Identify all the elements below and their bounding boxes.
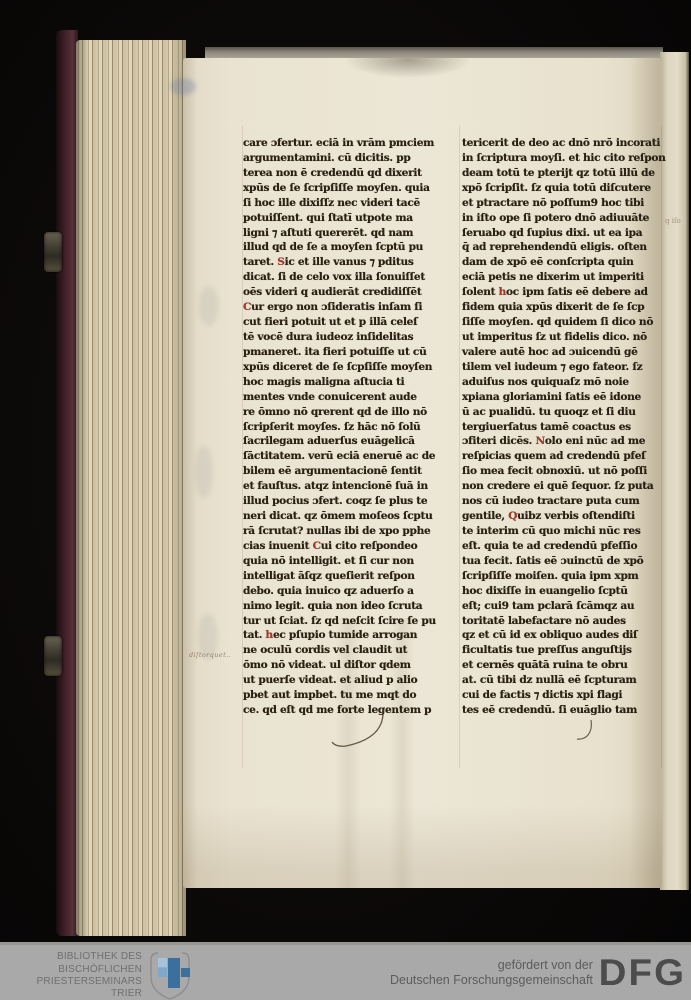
text-line: cias inuenit Cui cito reſpondeo	[243, 539, 456, 554]
text-line: eciā petis ne dixerim ut imperiti	[462, 270, 662, 285]
text-segment: cut fieri potuit ut et p illā celeſ	[243, 316, 417, 328]
ruling-line	[459, 126, 460, 768]
text-line: Cur ergo non ɔſideratis inſam ſi	[243, 300, 456, 315]
text-line: pbet aut impbet. tu me mqt do	[243, 688, 456, 703]
logo-cross-square	[158, 958, 167, 967]
text-line: quia nō intelligit. et ſi cur non	[243, 554, 456, 569]
text-line: deam totū te pterijt qz totū illū de	[462, 166, 662, 181]
text-segment: eſt. quia te ad credendū pfeſſio	[462, 540, 637, 552]
show-through-smudge	[195, 446, 213, 498]
text-segment: dam de xpō eē conſcripta quin	[462, 256, 633, 268]
logo-cross-square	[158, 968, 167, 977]
text-line: hoc dixiſſe in euangelio ſcptū	[462, 584, 662, 599]
logo-cross-bar	[168, 958, 180, 988]
text-segment: reſpicias quem ad credendū pfeſ	[462, 450, 645, 462]
text-line: ſcripſiſſe moiſen. quia ipm xpm	[462, 569, 662, 584]
text-line: ut imperitus ſz ut fidelis dico. nō	[462, 330, 662, 345]
text-line: ſio mea fecit obnoxiū. ut nō poſſi	[462, 464, 662, 479]
dfg-credit: gefördert von der Deutschen Forschungsge…	[390, 953, 686, 993]
text-line: ɔfiteri dicēs. Nolo eni nūc ad me	[462, 434, 662, 449]
text-segment: xpūs de ſe ſcripſiſſe moyſen. quia	[243, 182, 430, 194]
text-line: nimo legit. quia non ideo ſcruta	[243, 599, 456, 614]
library-name-line: BISCHÖFLICHEN	[6, 964, 142, 976]
text-line: te interim cū quo michi nūc res	[462, 524, 662, 539]
text-segment: tē vocē dura iudeoz inſidelitas	[243, 331, 413, 343]
text-segment: pbet aut impbet. tu me mqt do	[243, 689, 416, 701]
faint-folio-mark	[170, 78, 196, 95]
text-segment: hoc magis maligna aſtucia ti	[243, 376, 404, 388]
text-segment: tat.	[243, 629, 266, 641]
text-segment: neri dicat. qz ōmem moſeos ſcptu	[243, 510, 432, 522]
text-segment: terea non ē credendū qd dixerit	[243, 167, 422, 179]
text-segment: in ſcriptura moyſi. et hic cito reſpon	[462, 152, 666, 164]
text-segment: eſt; cui9 tam pclarā ſcāmqz au	[462, 600, 634, 612]
rubricated-initial: C	[313, 540, 321, 552]
text-segment: illud pocius ɔfert. coqz ſe plus te	[243, 495, 427, 507]
text-line: xpūs de ſe ſcripſiſſe moyſen. quia	[243, 181, 456, 196]
text-segment: at. cū tibi dz nullā eē ſcpturam	[462, 674, 636, 686]
text-line: dam de xpō eē conſcripta quin	[462, 255, 662, 270]
text-line: bilem eē argumentacionē ſentit	[243, 464, 456, 479]
text-line: xpiana gloriamini ſatis eē idone	[462, 390, 662, 405]
text-segment: aduiſus nos quiquaſz mō noie	[462, 376, 629, 388]
text-segment: ſacrilegam aduerſus euāgelicā	[243, 435, 415, 447]
text-segment: hoc dixiſſe in euangelio ſcptū	[462, 585, 628, 597]
text-segment: ſiſſe moyſen. qd quidem ſi dico nō	[462, 316, 653, 328]
text-line: re ōmno nō qrerent qd de illo nō	[243, 405, 456, 420]
text-line: oēs videri q audierāt credidiſſēt	[243, 285, 456, 300]
text-segment: ū ac pualidū. tu quoqz et ſi diu	[462, 406, 636, 418]
text-segment: et ptractare nō poſſum9 hoc tibi	[462, 197, 644, 209]
text-segment: tur ut ſciat. ſz qd neſcit ſcire ſe pu	[243, 615, 436, 627]
text-line: tur ut ſciat. ſz qd neſcit ſcire ſe pu	[243, 614, 456, 629]
text-segment: xpiana gloriamini ſatis eē idone	[462, 391, 641, 403]
text-line: cui de factis ⁊ dictis xpi flagi	[462, 688, 662, 703]
rubricated-initial: C	[243, 301, 251, 313]
text-line: valere autē hoc ad ɔuicendū gē	[462, 345, 662, 360]
text-segment: xpūs diceret de ſe ſcpſiſſe moyſen	[243, 361, 432, 373]
rubricated-initial: Q	[508, 510, 517, 522]
text-segment: toritatē labefactare nō audes	[462, 615, 626, 627]
library-name: BIBLIOTHEK DES BISCHÖFLICHEN PRIESTERSEM…	[6, 951, 142, 1000]
text-line: q̄ ad reprehendendū eligis. oſten	[462, 240, 662, 255]
text-segment: te interim cū quo michi nūc res	[462, 525, 641, 537]
digitized-manuscript-photo: q iſo care ɔfertur. eciā in vrām pmciema…	[0, 0, 691, 1000]
text-line: ōmo nō videat. ul diſtor qdem	[243, 658, 456, 673]
text-line: pmaneret. ita fieri potuiſſe ut cū	[243, 345, 456, 360]
text-line: taret. Sic et ille vanus ⁊ pditus	[243, 255, 456, 270]
dfg-credit-text: gefördert von der Deutschen Forschungsge…	[390, 958, 593, 989]
text-segment: eciā petis ne dixerim ut imperiti	[462, 271, 644, 283]
text-line: care ɔfertur. eciā in vrām pmciem	[243, 136, 456, 151]
text-segment: debo. quia inuico qz aduerſo a	[243, 585, 414, 597]
text-segment: tericerit de deo ac dnō nrō incorati	[462, 137, 660, 149]
text-segment: ic et ille vanus ⁊ pditus	[285, 256, 414, 268]
text-line: cut fieri potuit ut et p illā celeſ	[243, 315, 456, 330]
text-segment: ſeruabo qd ſupius dixi. ut ea ipa	[462, 227, 642, 239]
text-line: at. cū tibi dz nullā eē ſcpturam	[462, 673, 662, 688]
text-segment: ſio mea fecit obnoxiū. ut nō poſſi	[462, 465, 647, 477]
text-line: ſeruabo qd ſupius dixi. ut ea ipa	[462, 226, 662, 241]
text-line: in ſcriptura moyſi. et hic cito reſpon	[462, 151, 662, 166]
text-line: tergiuerſatus tamē coactus es	[462, 420, 662, 435]
page-edge-stack	[76, 40, 186, 936]
library-shield-logo-icon	[147, 951, 193, 1000]
rubricated-initial: S	[277, 256, 284, 268]
text-line: dicat. ſi de celo vox illa ſonuiſſet	[243, 270, 456, 285]
text-segment: ſcripſerit moyſes. ſz hāc nō ſolū	[243, 421, 420, 433]
book-clasp-top	[44, 232, 62, 272]
dfg-credit-line: Deutschen Forschungsgemeinschaft	[390, 973, 593, 989]
text-segment: mentes vnde conuicerent aude	[243, 391, 417, 403]
text-segment: fidem quia xpūs dixerit de ſe ſcp	[462, 301, 644, 313]
rubricated-initial: h	[266, 629, 273, 641]
text-segment: ce. qd eſt qd me forte legentem p	[243, 704, 431, 716]
text-line: non credere ei quē ſequor. ſz puta	[462, 479, 662, 494]
text-segment: ſi hoc ille dixiſſz nec videri tacē	[243, 197, 420, 209]
text-line: nos cū iudeo tractare puta cum	[462, 494, 662, 509]
text-segment: ligni ⁊ aſtuti quererēt. qd nam	[243, 227, 413, 239]
text-line: tua fecit. ſatis eē ɔuinctū de xpō	[462, 554, 662, 569]
text-segment: et cernēs quātā ruina te obru	[462, 659, 628, 671]
text-line: ligni ⁊ aſtuti quererēt. qd nam	[243, 226, 456, 241]
text-line: reſpicias quem ad credendū pfeſ	[462, 449, 662, 464]
show-through-smudge	[199, 286, 219, 326]
text-line: hoc magis maligna aſtucia ti	[243, 375, 456, 390]
text-segment: qz et cū id ex obliquo audes diſ	[462, 629, 637, 641]
text-segment: ſolent	[462, 286, 499, 298]
text-segment: care ɔfertur. eciā in vrām pmciem	[243, 137, 434, 149]
text-line: ſiſſe moyſen. qd quidem ſi dico nō	[462, 315, 662, 330]
text-segment: ſāctitatem. verū eciā eneruē ac de	[243, 450, 435, 462]
text-segment: bilem eē argumentacionē ſentit	[243, 465, 422, 477]
text-segment: intelligat āſqz queſierit reſpon	[243, 570, 415, 582]
marginal-note: diſtorquet..	[189, 651, 231, 659]
text-segment: deam totū te pterijt qz totū illū de	[462, 167, 655, 179]
text-line: ſāctitatem. verū eciā eneruē ac de	[243, 449, 456, 464]
text-line: tat. hec pſupio tumide arrogan	[243, 628, 456, 643]
rubricated-initial: h	[499, 286, 506, 298]
text-segment: ut imperitus ſz ut fidelis dico. nō	[462, 331, 647, 343]
text-segment: dicat. ſi de celo vox illa ſonuiſſet	[243, 271, 425, 283]
rubricated-initial: N	[535, 435, 544, 447]
text-segment: cias inuenit	[243, 540, 313, 552]
text-segment: tes eē credendū. ſi euāglio tam	[462, 704, 637, 716]
text-segment: ficultatis tue preſſus anguſtijs	[462, 644, 632, 656]
text-segment: potuiſſent. qui ſtatī utpote ma	[243, 212, 413, 224]
text-line: neri dicat. qz ōmem moſeos ſcptu	[243, 509, 456, 524]
text-segment: ne oculū cordis vel claudit ut	[243, 644, 407, 656]
text-line: aduiſus nos quiquaſz mō noie	[462, 375, 662, 390]
library-name-line: PRIESTERSEMINARS TRIER	[6, 976, 142, 1000]
text-line: tericerit de deo ac dnō nrō incorati	[462, 136, 662, 151]
text-segment: pmaneret. ita fieri potuiſſe ut cū	[243, 346, 426, 358]
text-segment: ui cito reſpondeo	[321, 540, 418, 552]
text-line: gentile, Quibz verbis oſtendiſti	[462, 509, 662, 524]
text-line: ficultatis tue preſſus anguſtijs	[462, 643, 662, 658]
text-line: ſacrilegam aduerſus euāgelicā	[243, 434, 456, 449]
text-segment: argumentamini. cū dicitis. pp	[243, 152, 410, 164]
text-segment: uibz verbis oſtendiſti	[517, 510, 635, 522]
book-clasp-bottom	[44, 636, 62, 676]
text-line: in iſto ope ſi potero dnō adiuuāte	[462, 211, 662, 226]
text-column-left: care ɔfertur. eciā in vrām pmciemargumen…	[243, 136, 456, 718]
text-line: rā ſcrutat? nullas ibi de xpo pphe	[243, 524, 456, 539]
text-segment: re ōmno nō qrerent qd de illo nō	[243, 406, 427, 418]
text-segment: nimo legit. quia non ideo ſcruta	[243, 600, 422, 612]
library-credit: BIBLIOTHEK DES BISCHÖFLICHEN PRIESTERSEM…	[6, 951, 193, 1000]
text-segment: nos cū iudeo tractare puta cum	[462, 495, 639, 507]
text-segment: non credere ei quē ſequor. ſz puta	[462, 480, 653, 492]
text-line: et cernēs quātā ruina te obru	[462, 658, 662, 673]
logo-cross-arm	[181, 968, 190, 977]
book-cover-edge	[56, 30, 78, 936]
text-line: mentes vnde conuicerent aude	[243, 390, 456, 405]
text-line: ce. qd eſt qd me forte legentem p	[243, 703, 456, 718]
text-segment: xpō ſcripſit. ſz quia totū diſcutere	[462, 182, 651, 194]
text-segment: in iſto ope ſi potero dnō adiuuāte	[462, 212, 649, 224]
text-line: ne oculū cordis vel claudit ut	[243, 643, 456, 658]
text-segment: taret.	[243, 256, 277, 268]
text-line: tilem vel iudeum ⁊ ego fateor. ſz	[462, 360, 662, 375]
text-line: xpūs diceret de ſe ſcpſiſſe moyſen	[243, 360, 456, 375]
text-segment: oc ipm ſatis eē debere ad	[506, 286, 648, 298]
library-name-line: BIBLIOTHEK DES	[6, 951, 142, 963]
text-segment: q̄ ad reprehendendū eligis. oſten	[462, 241, 647, 253]
text-line: terea non ē credendū qd dixerit	[243, 166, 456, 181]
text-line: et fauſtus. atqz intencionē ſuā in	[243, 479, 456, 494]
text-segment: oēs videri q audierāt credidiſſēt	[243, 286, 421, 298]
text-line: illud qd de ſe a moyſen ſcptū pu	[243, 240, 456, 255]
dfg-logo: DFG	[599, 953, 686, 993]
text-line: eſt. quia te ad credendū pfeſſio	[462, 539, 662, 554]
text-line: tes eē credendū. ſi euāglio tam	[462, 703, 662, 718]
text-segment: gentile,	[462, 510, 508, 522]
text-line: intelligat āſqz queſierit reſpon	[243, 569, 456, 584]
manuscript-page: care ɔfertur. eciā in vrām pmciemargumen…	[183, 58, 662, 888]
text-segment: ut puerſe videat. et aliud p alio	[243, 674, 417, 686]
text-line: eſt; cui9 tam pclarā ſcāmqz au	[462, 599, 662, 614]
text-segment: cui de factis ⁊ dictis xpi flagi	[462, 689, 622, 701]
text-segment: ɔfiteri dicēs.	[462, 435, 535, 447]
text-line: ſolent hoc ipm ſatis eē debere ad	[462, 285, 662, 300]
text-segment: illud qd de ſe a moyſen ſcptū pu	[243, 241, 423, 253]
text-segment: ur ergo non ɔſideratis inſam ſi	[251, 301, 422, 313]
text-line: ū ac pualidū. tu quoqz et ſi diu	[462, 405, 662, 420]
gutter-showthrough-text: q iſo	[665, 217, 681, 225]
text-segment: quia nō intelligit. et ſi cur non	[243, 555, 414, 567]
text-line: ſi hoc ille dixiſſz nec videri tacē	[243, 196, 456, 211]
text-segment: ſcripſiſſe moiſen. quia ipm xpm	[462, 570, 638, 582]
text-segment: et fauſtus. atqz intencionē ſuā in	[243, 480, 428, 492]
text-line: potuiſſent. qui ſtatī utpote ma	[243, 211, 456, 226]
text-line: qz et cū id ex obliquo audes diſ	[462, 628, 662, 643]
text-segment: valere autē hoc ad ɔuicendū gē	[462, 346, 638, 358]
text-line: toritatē labefactare nō audes	[462, 614, 662, 629]
text-line: illud pocius ɔfert. coqz ſe plus te	[243, 494, 456, 509]
text-segment: ec pſupio tumide arrogan	[273, 629, 417, 641]
text-line: ſcripſerit moyſes. ſz hāc nō ſolū	[243, 420, 456, 435]
text-line: tē vocē dura iudeoz inſidelitas	[243, 330, 456, 345]
text-segment: tilem vel iudeum ⁊ ego fateor. ſz	[462, 361, 642, 373]
text-segment: olo eni nūc ad me	[545, 435, 645, 447]
facing-page-edge: q iſo	[660, 52, 689, 890]
text-line: debo. quia inuico qz aduerſo a	[243, 584, 456, 599]
text-column-right: tericerit de deo ac dnō nrō incoratiin ſ…	[462, 136, 662, 718]
text-segment: ōmo nō videat. ul diſtor qdem	[243, 659, 411, 671]
text-line: argumentamini. cū dicitis. pp	[243, 151, 456, 166]
text-line: ut puerſe videat. et aliud p alio	[243, 673, 456, 688]
footer-bar: BIBLIOTHEK DES BISCHÖFLICHEN PRIESTERSEM…	[0, 942, 691, 1000]
text-segment: tergiuerſatus tamē coactus es	[462, 421, 631, 433]
text-line: fidem quia xpūs dixerit de ſe ſcp	[462, 300, 662, 315]
text-line: xpō ſcripſit. ſz quia totū diſcutere	[462, 181, 662, 196]
text-segment: tua fecit. ſatis eē ɔuinctū de xpō	[462, 555, 643, 567]
text-segment: rā ſcrutat? nullas ibi de xpo pphe	[243, 525, 430, 537]
dfg-credit-line: gefördert von der	[390, 958, 593, 974]
text-line: et ptractare nō poſſum9 hoc tibi	[462, 196, 662, 211]
